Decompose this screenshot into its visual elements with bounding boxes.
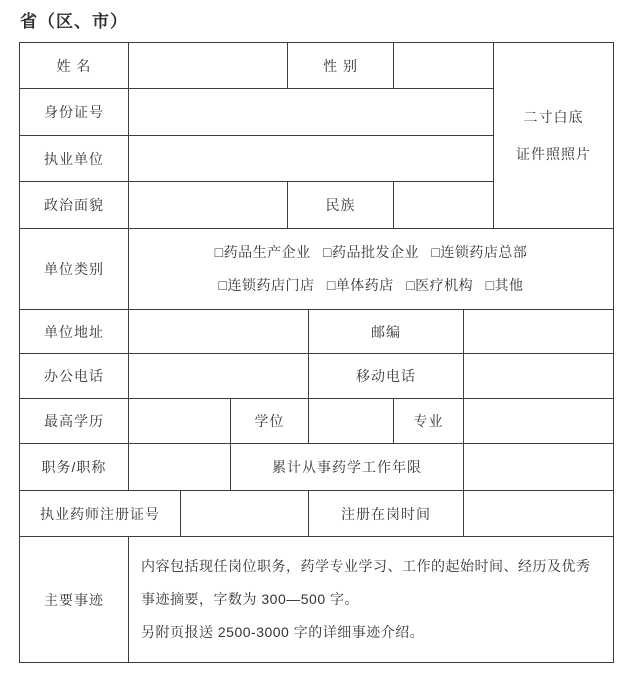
row-education: 最高学历 学位 专业 (20, 399, 614, 444)
photo-hint-line1: 二寸白底 (494, 99, 613, 136)
photo-hint-line2: 证件照照片 (494, 136, 613, 173)
political-status-value-cell[interactable] (129, 182, 288, 229)
postcode-value-cell[interactable] (464, 310, 614, 354)
checkbox-option-chain-store[interactable]: □连锁药店门店 (218, 277, 314, 293)
checkbox-option-wholesaler[interactable]: □药品批发企业 (323, 244, 419, 260)
unit-type-options-line2: □连锁药店门店 □单体药店 □医疗机构 □其他 (129, 269, 613, 302)
unit-type-options-line1: □药品生产企业 □药品批发企业 □连锁药店总部 (129, 236, 613, 269)
registration-form-table: 姓 名 性 别 二寸白底 证件照照片 身份证号 执业单位 政治面貌 民族 单位类… (19, 42, 614, 663)
position-label: 职务/职称 (20, 444, 129, 491)
name-label: 姓 名 (20, 43, 129, 89)
registration-time-label: 注册在岗时间 (309, 491, 464, 537)
gender-label: 性 别 (288, 43, 394, 89)
deeds-label: 主要事迹 (20, 537, 129, 663)
id-number-value-cell[interactable] (129, 89, 494, 136)
deeds-instructions-para2: 另附页报送 2500-3000 字的详细事迹介绍。 (141, 616, 601, 649)
checkbox-option-medical-institution[interactable]: □医疗机构 (406, 277, 473, 293)
major-label: 专业 (394, 399, 464, 444)
name-value-cell[interactable] (129, 43, 288, 89)
employer-label: 执业单位 (20, 136, 129, 182)
address-label: 单位地址 (20, 310, 129, 354)
ethnicity-label: 民族 (288, 182, 394, 229)
photo-cell[interactable]: 二寸白底 证件照照片 (494, 43, 614, 229)
row-position-years: 职务/职称 累计从事药学工作年限 (20, 444, 614, 491)
id-number-label: 身份证号 (20, 89, 129, 136)
row-phones: 办公电话 移动电话 (20, 354, 614, 399)
checkbox-option-single-store[interactable]: □单体药店 (327, 277, 394, 293)
office-phone-value-cell[interactable] (129, 354, 309, 399)
row-name-gender: 姓 名 性 别 二寸白底 证件照照片 (20, 43, 614, 89)
deeds-instructions-para1: 内容包括现任岗位职务，药学专业学习、工作的起始时间、经历及优秀事迹摘要，字数为 … (141, 550, 601, 616)
major-value-cell[interactable] (464, 399, 614, 444)
gender-value-cell[interactable] (394, 43, 494, 89)
checkbox-option-manufacturer[interactable]: □药品生产企业 (215, 244, 311, 260)
education-label: 最高学历 (20, 399, 129, 444)
row-unit-type: 单位类别 □药品生产企业 □药品批发企业 □连锁药店总部 □连锁药店门店 □单体… (20, 229, 614, 310)
page-title: 省（区、市） (20, 7, 128, 32)
degree-value-cell[interactable] (309, 399, 394, 444)
checkbox-option-other[interactable]: □其他 (486, 277, 524, 293)
mobile-phone-label: 移动电话 (309, 354, 464, 399)
postcode-label: 邮编 (309, 310, 464, 354)
degree-label: 学位 (231, 399, 309, 444)
years-of-work-value-cell[interactable] (464, 444, 614, 491)
unit-type-options-cell: □药品生产企业 □药品批发企业 □连锁药店总部 □连锁药店门店 □单体药店 □医… (129, 229, 614, 310)
political-status-label: 政治面貌 (20, 182, 129, 229)
address-value-cell[interactable] (129, 310, 309, 354)
license-number-label: 执业药师注册证号 (20, 491, 181, 537)
office-phone-label: 办公电话 (20, 354, 129, 399)
education-value-cell[interactable] (129, 399, 231, 444)
checkbox-option-chain-hq[interactable]: □连锁药店总部 (431, 244, 527, 260)
row-address-postcode: 单位地址 邮编 (20, 310, 614, 354)
license-number-value-cell[interactable] (181, 491, 309, 537)
form-page: 省（区、市） 姓 名 性 别 二寸白底 证件照照片 身份证号 执业单位 政治 (0, 0, 632, 673)
unit-type-label: 单位类别 (20, 229, 129, 310)
row-license-registration: 执业药师注册证号 注册在岗时间 (20, 491, 614, 537)
registration-time-value-cell[interactable] (464, 491, 614, 537)
position-value-cell[interactable] (129, 444, 231, 491)
employer-value-cell[interactable] (129, 136, 494, 182)
mobile-phone-value-cell[interactable] (464, 354, 614, 399)
years-of-work-label: 累计从事药学工作年限 (231, 444, 464, 491)
deeds-content-cell[interactable]: 内容包括现任岗位职务，药学专业学习、工作的起始时间、经历及优秀事迹摘要，字数为 … (129, 537, 614, 663)
ethnicity-value-cell[interactable] (394, 182, 494, 229)
row-deeds: 主要事迹 内容包括现任岗位职务，药学专业学习、工作的起始时间、经历及优秀事迹摘要… (20, 537, 614, 663)
